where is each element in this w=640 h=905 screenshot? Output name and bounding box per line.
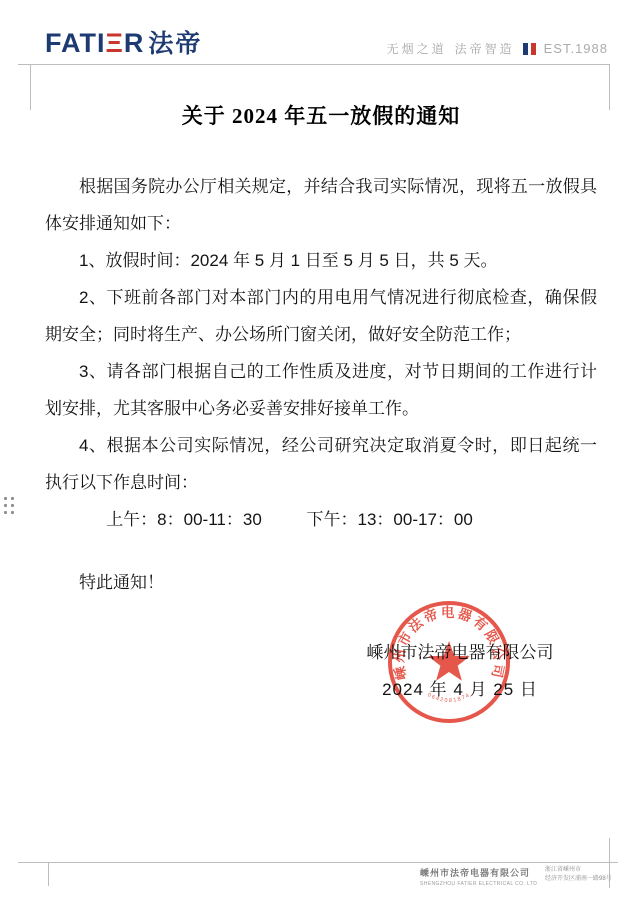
slogan-text-a: 无烟之道 xyxy=(387,40,447,57)
closing-statement: 特此通知！ xyxy=(45,564,597,601)
paragraph-item-1: 1、放假时间：2024 年 5 月 1 日至 5 月 5 日，共 5 天。 xyxy=(45,242,597,279)
notice-body: 根据国务院办公厅相关规定，并结合我司实际情况，现将五一放假具体安排通知如下： 1… xyxy=(45,168,597,601)
logo-text-b: R xyxy=(124,28,145,58)
paragraph-item-2: 2、下班前各部门对本部门内的用电用气情况进行彻底检查，确保假期安全；同时将生产、… xyxy=(45,279,597,353)
signature-company: 嵊州市法帝电器有限公司 xyxy=(335,638,585,663)
header-right-tick xyxy=(609,64,610,110)
established-year: EST.1988 xyxy=(544,41,608,56)
paragraph-item-4: 4、根据本公司实际情况，经公司研究决定取消夏令时，即日起统一执行以下作息时间： xyxy=(45,427,597,501)
notice-document-page: FATIΞR 法帝 无烟之道 法帝智造 EST.1988 关于 2024 年五一… xyxy=(0,0,640,905)
footer-divider-line xyxy=(18,862,618,863)
signature-block: 嵊州市法帝电器有限公司 2024 年 4 月 25 日 xyxy=(335,638,585,700)
company-logo: FATIΞR 法帝 xyxy=(45,24,202,60)
slogan-text-b: 法帝智造 xyxy=(455,40,515,57)
header-divider-line xyxy=(18,64,610,65)
header-slogan: 无烟之道 法帝智造 EST.1988 xyxy=(387,40,608,57)
logo-text-a: FATI xyxy=(45,28,106,58)
drag-handle-icon[interactable] xyxy=(4,497,19,523)
footer-left-tick xyxy=(48,862,49,886)
logo-accent-e: Ξ xyxy=(106,28,124,58)
paragraph-intro: 根据国务院办公厅相关规定，并结合我司实际情况，现将五一放假具体安排通知如下： xyxy=(45,168,597,242)
letterhead-header: FATIΞR 法帝 无烟之道 法帝智造 EST.1988 xyxy=(0,0,640,64)
schedule-afternoon: 下午：13：00-17：00 xyxy=(307,510,473,529)
footer-address-block: 浙江省嵊州市 经济开发区浦南一路98号 xyxy=(545,866,612,884)
footer-company-name-en: SHENGZHOU FATIER ELECTRICAL CO. LTD xyxy=(420,881,537,887)
signature-date: 2024 年 4 月 25 日 xyxy=(335,675,585,700)
page-title: 关于 2024 年五一放假的通知 xyxy=(45,100,597,130)
footer-company-block: 嵊州市法帝电器有限公司 SHENGZHOU FATIER ELECTRICAL … xyxy=(420,866,537,887)
schedule-morning: 上午：8：00-11：30 xyxy=(106,510,262,529)
work-schedule-line: 上午：8：00-11：30 下午：13：00-17：00 xyxy=(45,501,597,538)
footer-address-line-1: 浙江省嵊州市 xyxy=(545,866,612,875)
brand-flag-icon xyxy=(523,43,536,55)
logo-wordmark: FATIΞR xyxy=(45,28,144,59)
paragraph-item-3: 3、请各部门根据自己的工作性质及进度，对节日期间的工作进行计划安排，尤其客服中心… xyxy=(45,353,597,427)
footer-company-name-cn: 嵊州市法帝电器有限公司 xyxy=(420,866,537,879)
footer-address-line-2: 经济开发区浦南一路98号 xyxy=(545,875,612,884)
logo-chinese: 法帝 xyxy=(148,24,202,60)
header-left-tick xyxy=(30,64,31,110)
